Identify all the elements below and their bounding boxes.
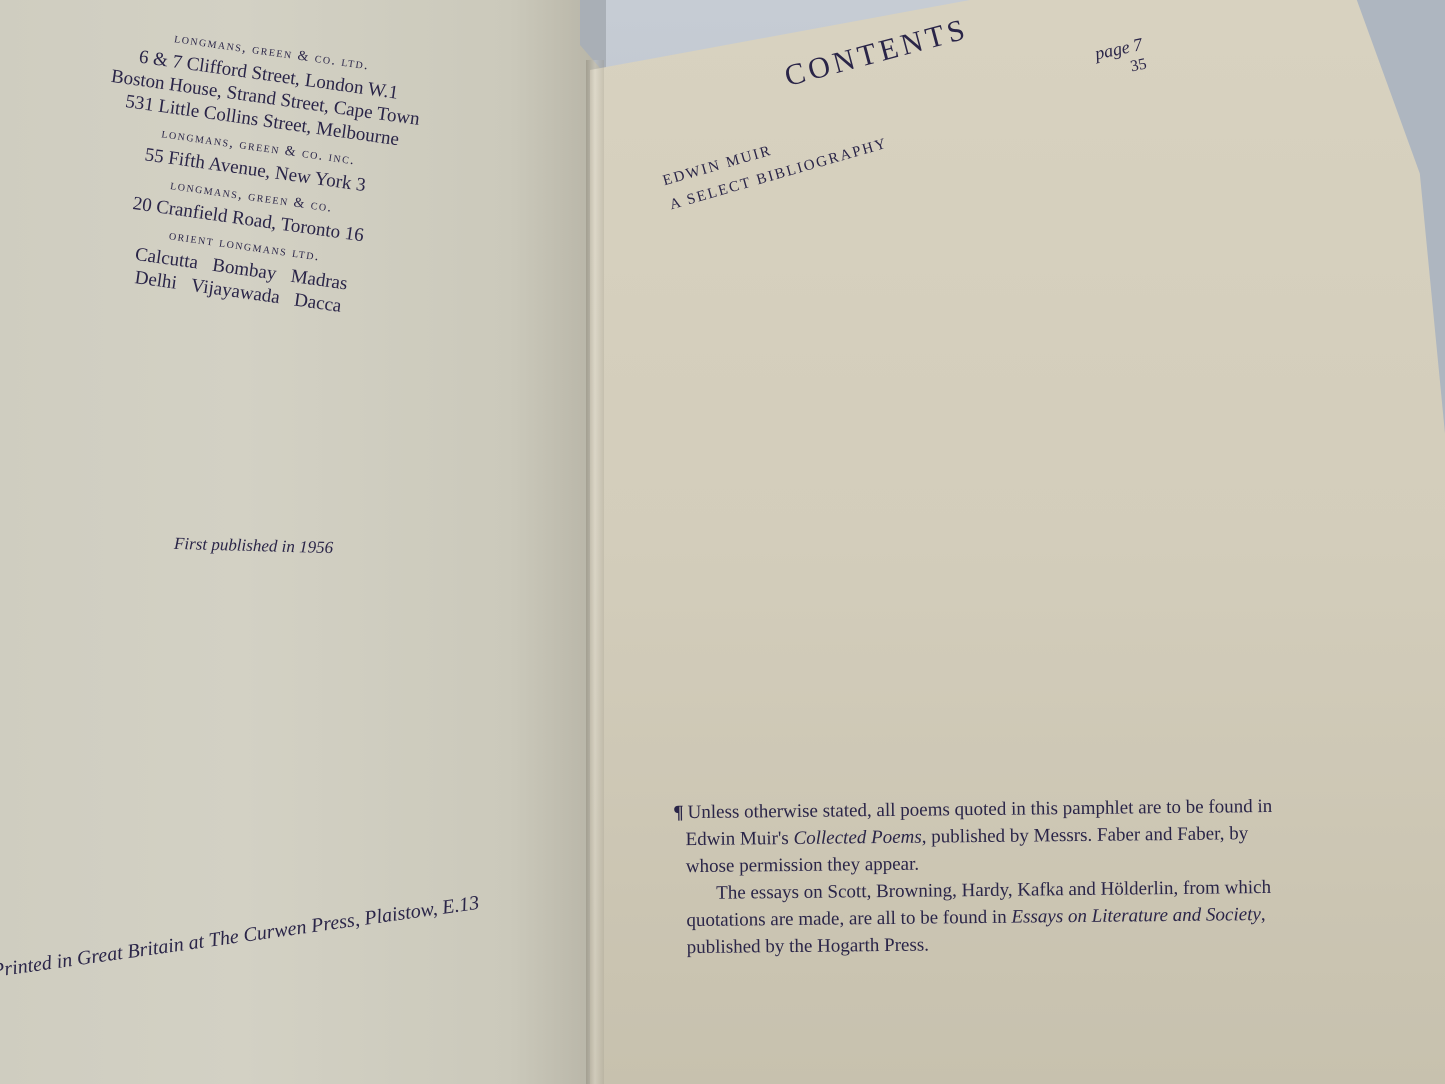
note-paragraph: ¶Unless otherwise stated, all poems quot…	[685, 793, 1276, 880]
first-published-note: First published in 1956	[174, 534, 334, 558]
publisher-imprint: Longmans, Green & Co. Ltd. 6 & 7 Cliffor…	[73, 18, 437, 326]
left-page: Longmans, Green & Co. Ltd. 6 & 7 Cliffor…	[0, 0, 600, 1084]
note-paragraph: The essays on Scott, Browning, Hardy, Ka…	[686, 874, 1277, 961]
book-gutter	[586, 60, 604, 1084]
book-title: Essays on Literature and Society	[1011, 904, 1261, 928]
quotation-note: ¶Unless otherwise stated, all poems quot…	[685, 793, 1277, 961]
printer-credit: Printed in Great Britain at The Curwen P…	[0, 892, 481, 983]
pilcrow-icon: ¶	[673, 802, 683, 823]
book-title: Collected Poems	[793, 827, 921, 849]
